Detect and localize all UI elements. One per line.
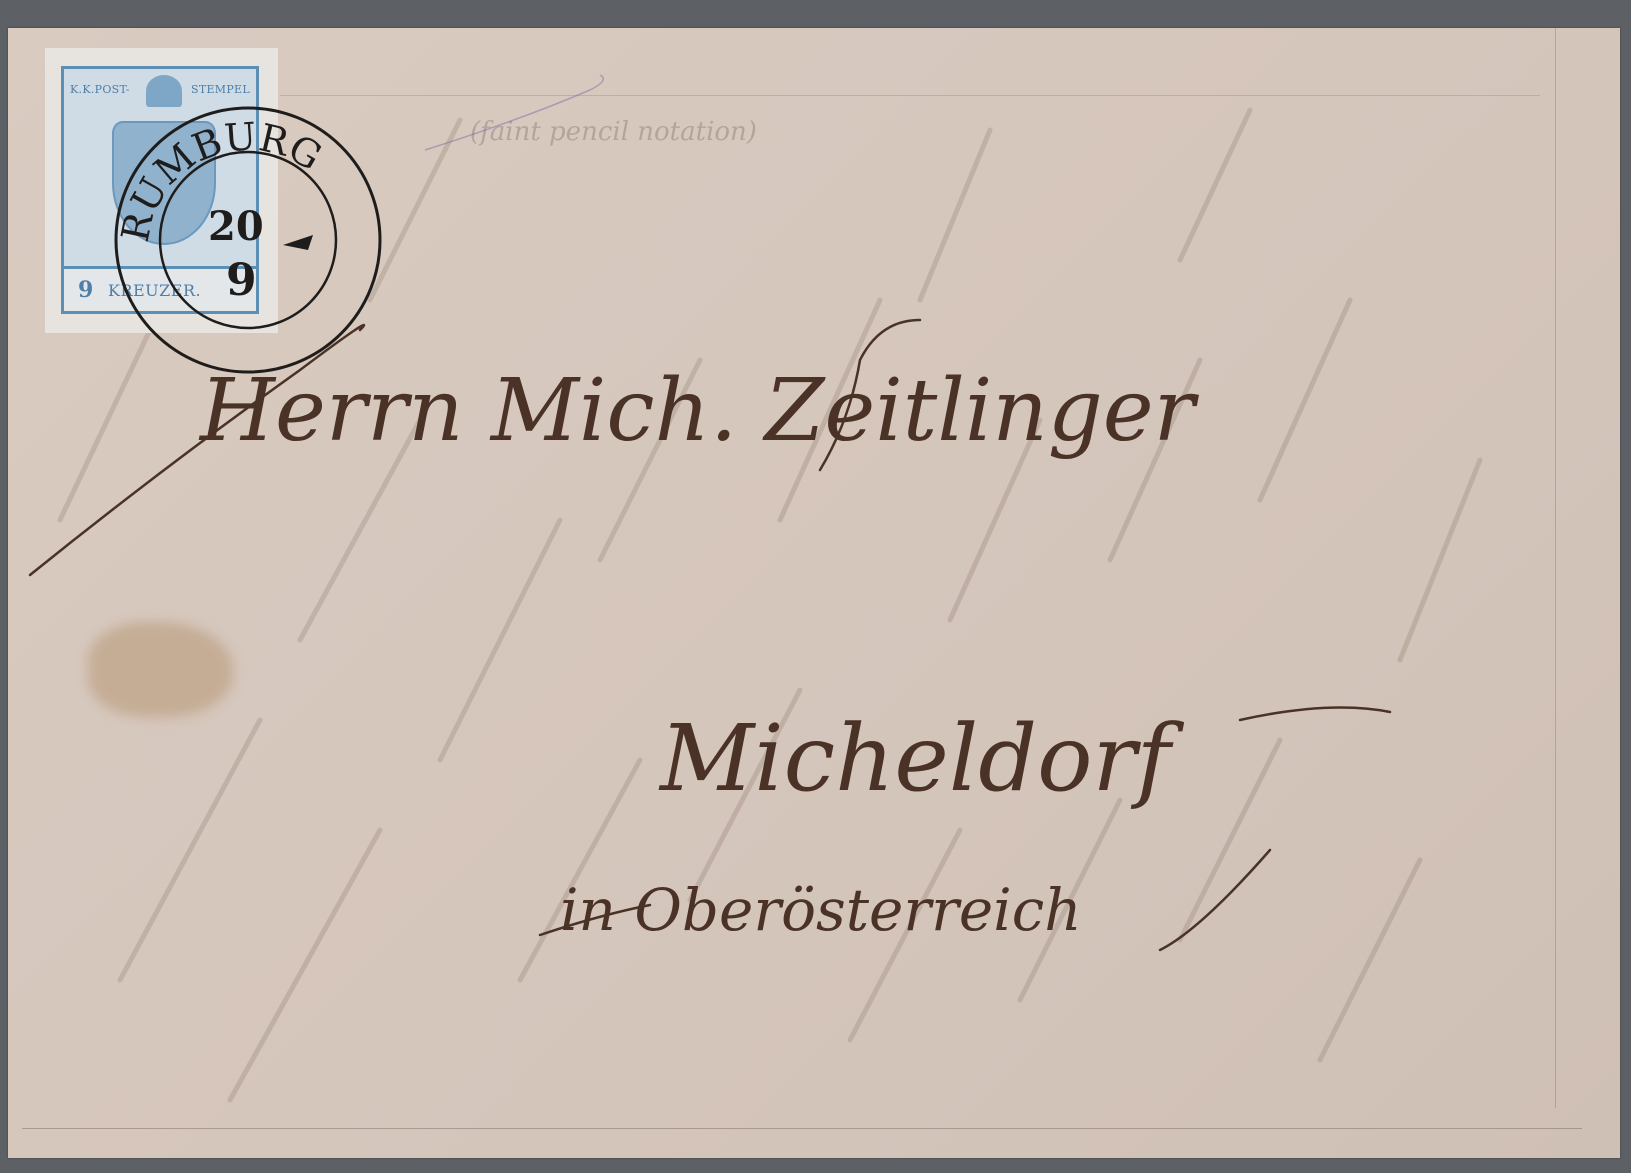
address-line-town: Micheldorf — [658, 705, 1185, 812]
address-line-recipient: Herrn Mich. Zeitlinger — [198, 361, 1200, 461]
handwritten-address: Herrn Mich. Zeitlinger Micheldorf in Obe… — [0, 0, 1631, 1173]
address-line-region: in Oberösterreich — [560, 876, 1082, 944]
